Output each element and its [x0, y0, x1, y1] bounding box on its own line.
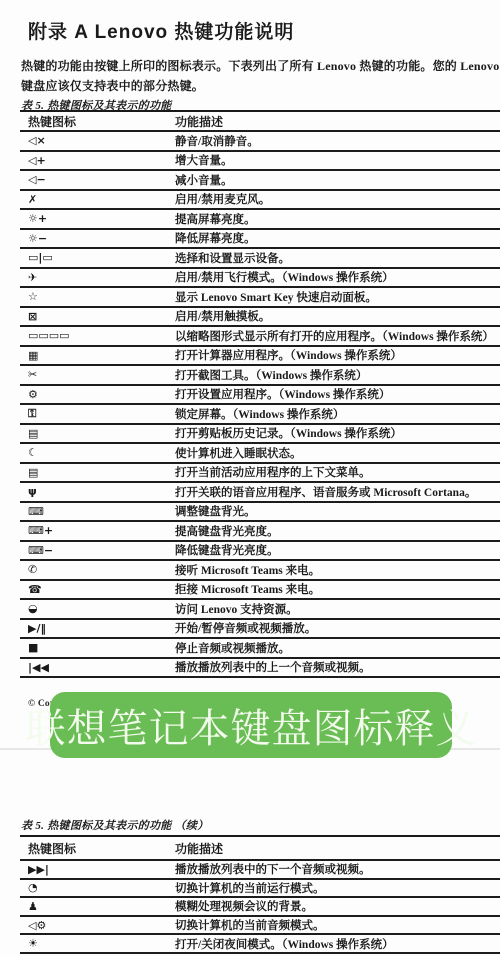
hotkey-description: 减小音量。	[175, 172, 500, 188]
table-row: ■停止音频或视频播放。	[20, 639, 500, 659]
volume-down-icon: ◁−	[20, 173, 175, 186]
hotkey-table: 热键图标 功能描述 ◁×静音/取消静音。◁+增大音量。◁−减小音量。✗启用/禁用…	[20, 110, 500, 678]
next-track-icon: ▶▶|	[20, 863, 175, 876]
keyboard-backlight-icon: ⌨	[20, 505, 175, 518]
decline-call-icon: ☎	[20, 583, 175, 596]
task-view-icon: ▭▭▭▭	[20, 329, 175, 342]
intro-paragraph: 热键的功能由按键上所印的图标表示。下表列出了所有 Lenovo 热键的功能。您的…	[21, 56, 500, 96]
hotkey-table-continued: 热键图标 功能描述 ▶▶|播放播放列表中的下一个音频或视频。◔切换计算机的当前运…	[20, 835, 500, 954]
table-row: ⌨−降低键盘背光亮度。	[20, 542, 500, 562]
previous-track-icon: |◀◀	[20, 661, 175, 674]
table-body: ◁×静音/取消静音。◁+增大音量。◁−减小音量。✗启用/禁用麦克风。☼+提高屏幕…	[20, 132, 500, 678]
hotkey-description: 打开当前活动应用程序的上下文菜单。	[175, 464, 500, 480]
hotkey-description: 接听 Microsoft Teams 来电。	[175, 562, 500, 578]
lenovo-support-icon: ◒	[20, 602, 175, 615]
hotkey-description: 打开/关闭夜间模式。（Windows 操作系统）	[175, 936, 500, 952]
volume-up-icon: ◁+	[20, 154, 175, 167]
table-row: ✆接听 Microsoft Teams 来电。	[20, 561, 500, 581]
hotkey-description: 提高屏幕亮度。	[175, 211, 500, 227]
audio-mode-icon: ◁⚙	[20, 919, 175, 932]
hotkey-description: 开始/暂停音频或视频播放。	[175, 620, 500, 636]
hotkey-description: 调整键盘背光。	[175, 503, 500, 519]
sleep-moon-icon: ☾	[20, 446, 175, 459]
table-row: ☆显示 Lenovo Smart Key 快速启动面板。	[20, 288, 500, 308]
table-header-row: 热键图标 功能描述	[20, 112, 500, 132]
volume-mute-icon: ◁×	[20, 134, 175, 147]
hotkey-description: 启用/禁用飞行模式。（Windows 操作系统）	[175, 269, 500, 285]
touchpad-toggle-icon: ⊠	[20, 310, 175, 323]
hotkey-description: 启用/禁用麦克风。	[175, 191, 500, 207]
hotkey-description: 启用/禁用触摸板。	[175, 308, 500, 324]
table-row: ◁×静音/取消静音。	[20, 132, 500, 152]
table-row: ▶▶|播放播放列表中的下一个音频或视频。	[20, 861, 500, 880]
snipping-tool-icon: ✂	[20, 368, 175, 381]
column-header-hotkey-icon: 热键图标	[20, 113, 175, 130]
calculator-icon: ▦	[20, 349, 175, 362]
table-row: ◁⚙切换计算机的当前音频模式。	[20, 917, 500, 936]
table-row: ▭|▭选择和设置显示设备。	[20, 249, 500, 269]
hotkey-description: 访问 Lenovo 支持资源。	[175, 601, 500, 617]
airplane-mode-icon: ✈	[20, 271, 175, 284]
context-menu-icon: ▤	[20, 466, 175, 479]
hotkey-description: 打开截图工具。（Windows 操作系统）	[175, 367, 500, 383]
table-body: ▶▶|播放播放列表中的下一个音频或视频。◔切换计算机的当前运行模式。♟模糊处理视…	[20, 861, 500, 954]
table-header-row: 热键图标 功能描述	[20, 837, 500, 861]
table-row: ✂打开截图工具。（Windows 操作系统）	[20, 366, 500, 386]
table-row: ▶/‖开始/暂停音频或视频播放。	[20, 620, 500, 640]
table-row: ▭▭▭▭以缩略图形式显示所有打开的应用程序。（Windows 操作系统）	[20, 327, 500, 347]
table-row: ✈启用/禁用飞行模式。（Windows 操作系统）	[20, 269, 500, 289]
lenovo-smart-key-icon: ☆	[20, 290, 175, 303]
manual-page: 附录 A Lenovo 热键功能说明 热键的功能由按键上所印的图标表示。下表列出…	[0, 0, 500, 956]
performance-mode-icon: ◔	[20, 881, 175, 894]
hotkey-description: 拒接 Microsoft Teams 来电。	[175, 581, 500, 597]
play-pause-icon: ▶/‖	[20, 622, 175, 635]
settings-gear-icon: ⚙	[20, 388, 175, 401]
table-row: ⚙打开设置应用程序。（Windows 操作系统）	[20, 386, 500, 406]
table-caption-continued: 表 5. 热键图标及其表示的功能 （续）	[21, 817, 209, 833]
hotkey-description: 使计算机进入睡眠状态。	[175, 445, 500, 461]
hotkey-description: 切换计算机的当前音频模式。	[175, 917, 500, 933]
page-title: 附录 A Lenovo 热键功能说明	[28, 17, 294, 44]
column-header-description: 功能描述	[175, 113, 500, 130]
table-row: ◒访问 Lenovo 支持资源。	[20, 600, 500, 620]
hotkey-description: 显示 Lenovo Smart Key 快速启动面板。	[175, 289, 500, 305]
table-row: ▤打开剪贴板历史记录。（Windows 操作系统）	[20, 425, 500, 445]
column-header-description: 功能描述	[175, 840, 500, 857]
table-row: ✗启用/禁用麦克风。	[20, 191, 500, 211]
clipboard-history-icon: ▤	[20, 427, 175, 440]
intro-line-1: 热键的功能由按键上所印的图标表示。下表列出了所有 Lenovo 热键的功能。您的…	[21, 56, 500, 76]
table-row: ☀打开/关闭夜间模式。（Windows 操作系统）	[20, 935, 500, 954]
night-light-icon: ☀	[20, 937, 175, 950]
table-row: ◔切换计算机的当前运行模式。	[20, 880, 500, 899]
hotkey-description: 增大音量。	[175, 152, 500, 168]
hotkey-description: 播放播放列表中的下一个音频或视频。	[175, 861, 500, 877]
column-header-hotkey-icon: 热键图标	[20, 840, 175, 857]
table-row: ▦打开计算器应用程序。（Windows 操作系统）	[20, 347, 500, 367]
lock-screen-icon: ⚿	[20, 407, 175, 421]
hotkey-description: 停止音频或视频播放。	[175, 640, 500, 656]
hotkey-description: 打开关联的语音应用程序、语音服务或 Microsoft Cortana。	[175, 484, 500, 500]
table-row: ⌨+提高键盘背光亮度。	[20, 522, 500, 542]
table-row: |◀◀播放播放列表中的上一个音频或视频。	[20, 659, 500, 679]
hotkey-description: 以缩略图形式显示所有打开的应用程序。（Windows 操作系统）	[175, 328, 500, 344]
display-switch-icon: ▭|▭	[20, 251, 175, 264]
hotkey-description: 选择和设置显示设备。	[175, 250, 500, 266]
table-row: ☎拒接 Microsoft Teams 来电。	[20, 581, 500, 601]
table-row: ◁−减小音量。	[20, 171, 500, 191]
table-row: ▤打开当前活动应用程序的上下文菜单。	[20, 464, 500, 484]
keyboard-backlight-down-icon: ⌨−	[20, 544, 175, 557]
table-row: ψ打开关联的语音应用程序、语音服务或 Microsoft Cortana。	[20, 483, 500, 503]
hotkey-description: 播放播放列表中的上一个音频或视频。	[175, 659, 500, 675]
background-blur-icon: ♟	[20, 900, 175, 913]
microphone-mute-icon: ✗	[20, 193, 175, 206]
answer-call-icon: ✆	[20, 563, 175, 576]
keyboard-backlight-up-icon: ⌨+	[20, 524, 175, 537]
hotkey-description: 打开设置应用程序。（Windows 操作系统）	[175, 386, 500, 402]
hotkey-description: 锁定屏幕。（Windows 操作系统）	[175, 406, 500, 422]
brightness-up-icon: ☼+	[20, 212, 175, 225]
hotkey-description: 提高键盘背光亮度。	[175, 523, 500, 539]
hotkey-description: 打开计算器应用程序。（Windows 操作系统）	[175, 347, 500, 363]
brightness-down-icon: ☼−	[20, 232, 175, 245]
overlay-banner-text: 联想笔记本键盘图标释义	[26, 697, 477, 754]
intro-line-2: 键盘应该仅支持表中的部分热键。	[21, 76, 500, 96]
overlay-banner: 联想笔记本键盘图标释义	[50, 692, 452, 758]
hotkey-description: 打开剪贴板历史记录。（Windows 操作系统）	[175, 425, 500, 441]
table-row: ⊠启用/禁用触摸板。	[20, 308, 500, 328]
hotkey-description: 切换计算机的当前运行模式。	[175, 880, 500, 896]
hotkey-description: 降低屏幕亮度。	[175, 230, 500, 246]
table-row: ☼−降低屏幕亮度。	[20, 230, 500, 250]
voice-assistant-mic-icon: ψ	[20, 485, 175, 498]
hotkey-description: 模糊处理视频会议的背景。	[175, 898, 500, 914]
table-row: ◁+增大音量。	[20, 152, 500, 172]
table-row: ♟模糊处理视频会议的背景。	[20, 898, 500, 917]
table-row: ⚿锁定屏幕。（Windows 操作系统）	[20, 405, 500, 425]
hotkey-description: 静音/取消静音。	[175, 133, 500, 149]
table-row: ⌨调整键盘背光。	[20, 503, 500, 523]
table-row: ☼+提高屏幕亮度。	[20, 210, 500, 230]
table-row: ☾使计算机进入睡眠状态。	[20, 444, 500, 464]
hotkey-description: 降低键盘背光亮度。	[175, 542, 500, 558]
stop-icon: ■	[20, 641, 175, 654]
